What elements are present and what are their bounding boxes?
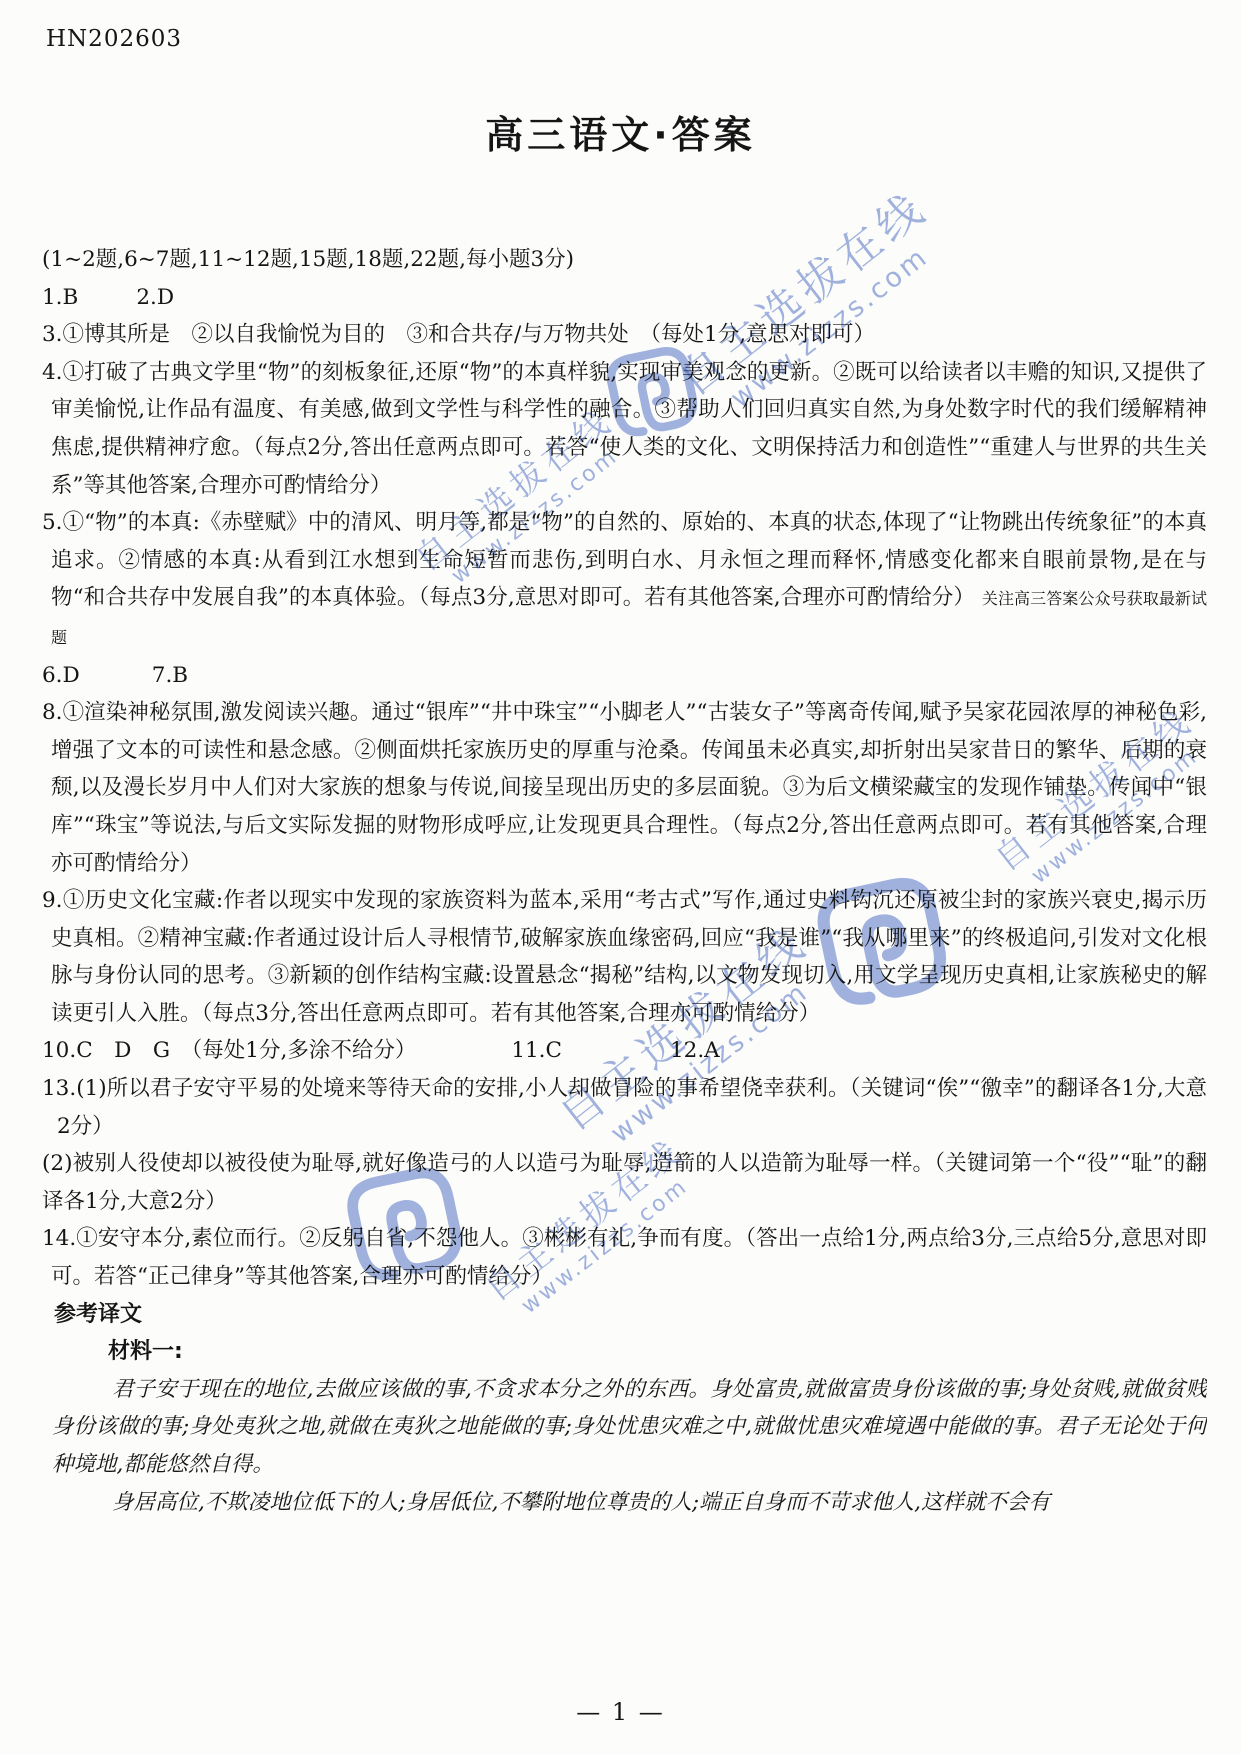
answer-q5: 5.①“物”的本真:《赤壁赋》中的清风、明月等,都是“物”的自然的、原始的、本真…: [42, 504, 1207, 656]
choice-answers-q10-q12: 10.C D G （每处1分,多涂不给分） 11.C 12.A: [42, 1032, 1207, 1070]
answer-sheet-body: (1~2题,6~7题,11~12题,15题,18题,22题,每小题3分) 1.B…: [42, 241, 1207, 1689]
page-number: — 1 —: [0, 1698, 1241, 1726]
document-code: HN202603: [46, 26, 182, 52]
answer-q13-2: (2)被别人役使却以被役使为耻辱,就好像造弓的人以造弓为耻辱,造箭的人以造箭为耻…: [42, 1145, 1207, 1220]
score-note-line: (1~2题,6~7题,11~12题,15题,18题,22题,每小题3分): [42, 241, 1207, 279]
choice-answers-q6-q7: 6.D 7.B: [42, 657, 1207, 695]
answer-q12: 12.A: [670, 1032, 720, 1070]
answer-q10: 10.C D G （每处1分,多涂不给分）: [42, 1032, 416, 1070]
answer-q1: 1.B: [42, 279, 78, 317]
reference-translation-heading: 参考译文: [54, 1296, 1207, 1334]
answer-q14: 14.①安守本分,素位而行。②反躬自省,不怨他人。③彬彬有礼,争而有度。（答出一…: [42, 1220, 1207, 1295]
choice-answers-q1-q2: 1.B 2.D: [42, 279, 1207, 317]
translation-paragraph-2: 身居高位,不欺凌地位低下的人;身居低位,不攀附地位尊贵的人;端正自身而不苛求他人…: [52, 1484, 1207, 1522]
answer-q11: 11.C: [511, 1032, 562, 1070]
answer-q13-1: 13.(1)所以君子安守平易的处境来等待天命的安排,小人却做冒险的事希望侥幸获利…: [42, 1070, 1207, 1145]
answer-q7: 7.B: [152, 657, 188, 695]
material-one-label: 材料一:: [108, 1333, 1207, 1371]
answer-q3: 3.①博其所是 ②以自我愉悦为目的 ③和合共存/与万物共处 （每处1分,意思对即…: [42, 316, 1207, 354]
answer-q6: 6.D: [42, 657, 80, 695]
answer-q9: 9.①历史文化宝藏:作者以现实中发现的家族资料为蓝本,采用“考古式”写作,通过史…: [42, 882, 1207, 1032]
page-title: 高三语文·答案: [0, 104, 1241, 159]
translation-paragraph-1: 君子安于现在的地位,去做应该做的事,不贪求本分之外的东西。身处富贵,就做富贵身份…: [52, 1371, 1207, 1484]
answer-q4: 4.①打破了古典文学里“物”的刻板象征,还原“物”的本真样貌,实现审美观念的更新…: [42, 354, 1207, 504]
answer-q8: 8.①渲染神秘氛围,激发阅读兴趣。通过“银库”“井中珠宝”“小脚老人”“古装女子…: [42, 694, 1207, 882]
answer-q2: 2.D: [136, 279, 174, 317]
